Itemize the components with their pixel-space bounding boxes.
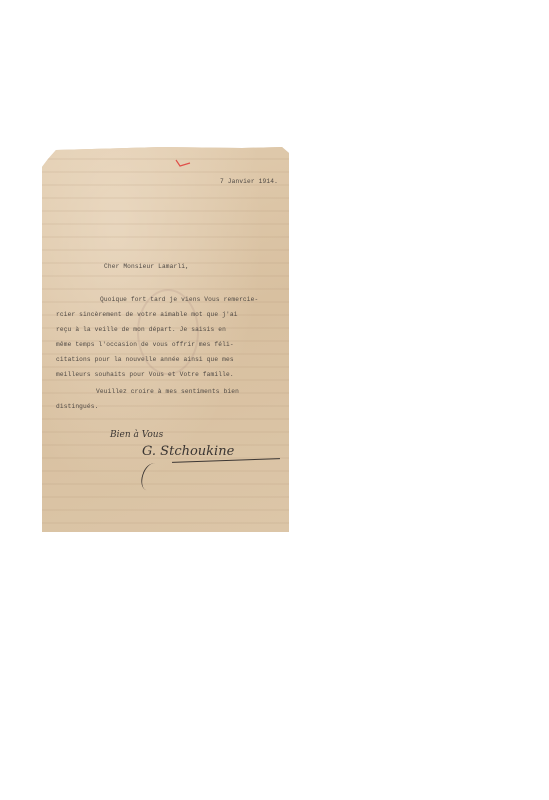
red-check-mark-icon xyxy=(174,158,192,168)
body-line: reçu à la veille de mon départ. Je saisi… xyxy=(56,326,226,333)
body-line: même temps l'occasion de vous offrir mes… xyxy=(56,341,234,348)
body-line: Quoique fort tard je viens Vous remercie… xyxy=(100,296,258,303)
closing-line: Veuillez croire à mes sentiments bien xyxy=(96,388,239,395)
letter-salutation: Cher Monsieur Lamarli, xyxy=(104,263,189,270)
letter-paper: 7 Janvier 1914. Cher Monsieur Lamarli, Q… xyxy=(42,147,289,532)
signature-flourish xyxy=(138,461,163,493)
body-line: meilleurs souhaits pour Vous et Votre fa… xyxy=(56,371,234,378)
letter-date: 7 Janvier 1914. xyxy=(220,178,278,185)
handwritten-closing: Bien à Vous xyxy=(110,430,163,440)
signature: G. Stchoukine xyxy=(142,444,234,459)
body-line: citations pour la nouvelle année ainsi q… xyxy=(56,356,234,363)
closing-line: distingués. xyxy=(56,403,99,410)
body-line: rcier sincèrement de votre aimable mot q… xyxy=(56,311,238,318)
